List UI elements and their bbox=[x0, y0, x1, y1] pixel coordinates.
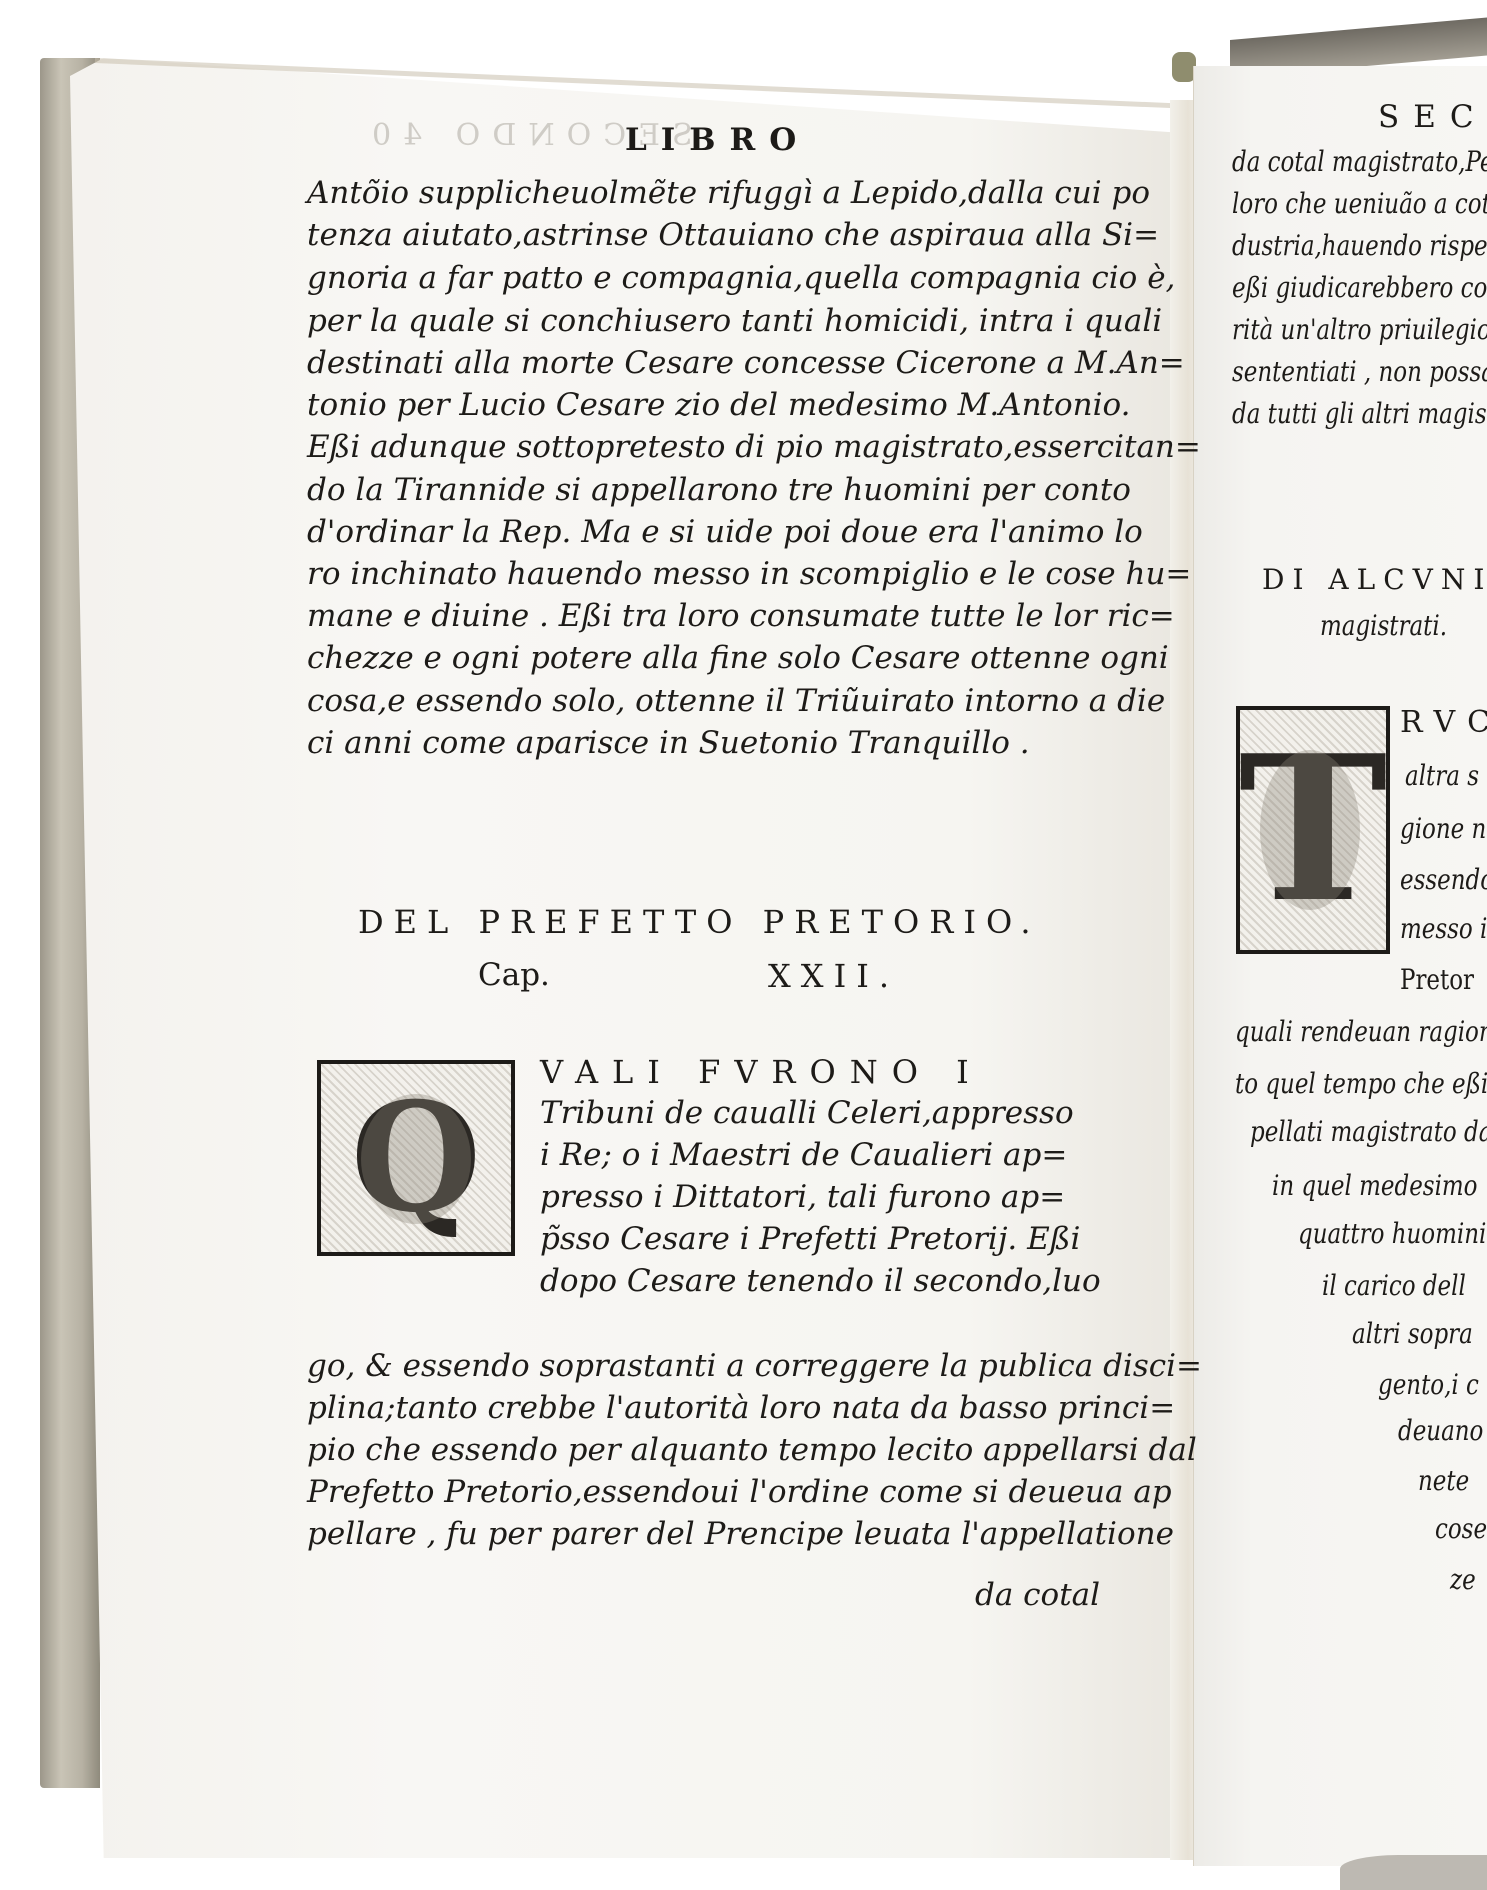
text-line: p̃sso Cesare i Prefetti Pretorij. Eßi bbox=[540, 1224, 1080, 1255]
text-line: ro inchinato hauendo messo in scompiglio… bbox=[307, 559, 1191, 590]
text-line: cose bbox=[1435, 1515, 1487, 1543]
text-line: il carico dell bbox=[1322, 1272, 1466, 1300]
text-line: ci anni come aparisce in Suetonio Tranqu… bbox=[307, 728, 1030, 759]
text-line: da tutti gli altri magistra bbox=[1232, 400, 1487, 428]
text-line: sententiati , non possano bbox=[1232, 358, 1487, 386]
text-line: cosa,e essendo solo, ottenne il Triũuira… bbox=[307, 686, 1165, 717]
text-line: per la quale si conchiusero tanti homici… bbox=[307, 306, 1162, 337]
text-line: Eßi adunque sottopretesto di pio magistr… bbox=[307, 432, 1201, 463]
woodcut-initial-q: Q bbox=[317, 1060, 515, 1256]
text-line: gione n bbox=[1400, 815, 1486, 843]
text-line: Tribuni de caualli Celeri,appresso bbox=[540, 1098, 1074, 1129]
text-line: Pretor bbox=[1400, 966, 1474, 994]
catchword: da cotal bbox=[975, 1580, 1100, 1611]
text-line: RVC bbox=[1400, 708, 1487, 738]
text-line: pellare , fu per parer del Prencipe leua… bbox=[307, 1519, 1174, 1550]
text-line: go, & essendo soprastanti a correggere l… bbox=[307, 1351, 1202, 1382]
running-head-left: LIBRO bbox=[625, 125, 810, 156]
text-line: d'ordinar la Rep. Ma e si uide poi doue … bbox=[307, 517, 1143, 548]
text-line: dopo Cesare tenendo il secondo,luo bbox=[540, 1266, 1101, 1297]
text-line: gnoria a far patto e compagnia,quella co… bbox=[307, 263, 1175, 294]
text-line: nete bbox=[1418, 1467, 1469, 1495]
text-line: loro che ueniuão a cotal bbox=[1232, 190, 1487, 218]
text-line: altra s bbox=[1405, 762, 1479, 790]
text-line: da cotal magistrato,Per bbox=[1232, 148, 1487, 176]
text-line: to quel tempo che eßi dimo bbox=[1235, 1070, 1487, 1098]
text-line: VALI FVRONO I bbox=[540, 1056, 983, 1088]
text-line: pio che essendo per alquanto tempo lecit… bbox=[307, 1435, 1197, 1466]
woodcut-figure bbox=[1260, 750, 1360, 910]
text-line: plina;tanto crebbe l'autorità loro nata … bbox=[307, 1393, 1175, 1424]
text-line: Antõio supplicheuolmẽte rifuggì a Lepido… bbox=[307, 178, 1150, 209]
text-line: essendo bbox=[1400, 866, 1487, 894]
chapter-heading: DEL PREFETTO PRETORIO. bbox=[358, 906, 1041, 938]
text-line: ze bbox=[1450, 1566, 1476, 1594]
chapter-subheading-right: magistrati. bbox=[1320, 612, 1447, 640]
text-line: eßi giudicarebbero come bbox=[1232, 274, 1487, 302]
text-line: altri sopra bbox=[1352, 1320, 1473, 1348]
woodcut-initial-t: T bbox=[1236, 706, 1390, 954]
text-line: do la Tirannide si appellarono tre huomi… bbox=[307, 475, 1131, 506]
chapter-number: XXII. bbox=[768, 960, 899, 992]
text-line: mane e diuine . Eßi tra loro consumate t… bbox=[307, 601, 1175, 632]
chapter-label: Cap. bbox=[478, 960, 550, 991]
text-line: pellati magistrato da gi bbox=[1250, 1118, 1487, 1146]
chapter-heading-right: DI ALCVNI bbox=[1262, 566, 1487, 594]
text-line: tonio per Lucio Cesare zio del medesimo … bbox=[307, 390, 1131, 421]
text-line: messo i bbox=[1400, 915, 1487, 943]
text-line: chezze e ogni potere alla fine solo Cesa… bbox=[307, 643, 1169, 674]
text-line: tenza aiutato,astrinse Ottauiano che asp… bbox=[307, 220, 1159, 251]
text-line: Prefetto Pretorio,essendoui l'ordine com… bbox=[307, 1477, 1172, 1508]
text-line: presso i Dittatori, tali furono ap= bbox=[540, 1182, 1065, 1213]
text-line: quali rendeuan ragione te bbox=[1235, 1018, 1487, 1046]
text-line: destinati alla morte Cesare concesse Cic… bbox=[307, 348, 1185, 379]
woodcut-figure bbox=[361, 1094, 471, 1224]
text-line: dustria,hauendo rispetto bbox=[1232, 232, 1487, 260]
vellum-cover-right-bottom bbox=[1340, 1855, 1487, 1890]
text-line: quattro huomini bbox=[1298, 1220, 1486, 1248]
text-line: deuano bbox=[1398, 1417, 1483, 1445]
text-line: gento,i c bbox=[1378, 1371, 1479, 1399]
text-line: i Re; o i Maestri de Caualieri ap= bbox=[540, 1140, 1067, 1171]
text-line: in quel medesimo bbox=[1272, 1172, 1478, 1200]
running-head-right: SEC bbox=[1378, 102, 1487, 133]
text-line: rità un'altro priuilegio bbox=[1232, 316, 1487, 344]
